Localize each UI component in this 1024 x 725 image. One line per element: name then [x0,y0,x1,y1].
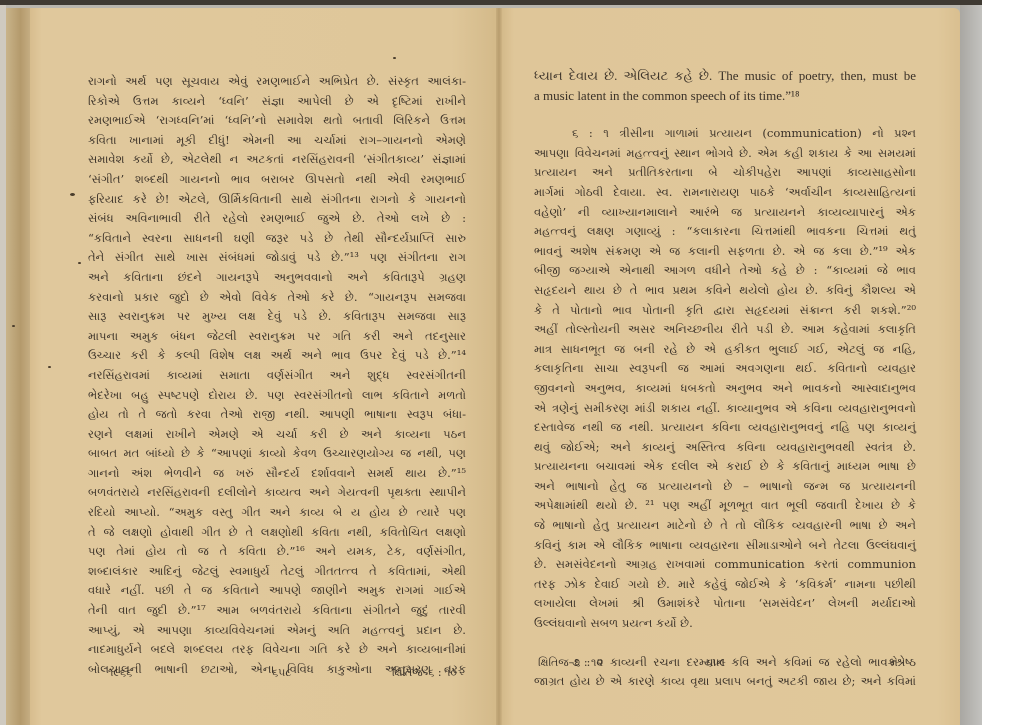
text-line: નાદમાધુર્યને બદલે શબ્દલય તરફ વિવેચના ગતિ… [88,640,466,660]
text-line: હોય તો તે જતો કરવા તેઓ રાજી નથી. આપણી ભા… [88,405,466,425]
text-line: બળવંતરાયે નરસિંહરાવની દલીલોને કાવ્યત્વ અ… [88,483,466,503]
text-line: ઉચ્ચાર કરી કે કલ્પી વિશેષ લક્ષ અર્થ અને … [88,346,466,366]
text-line: રણને લક્ષમાં રાખીને એમણે એ ચર્ચા કરી છે … [88,425,466,445]
text-line: રિકોએ ઉત્તમ કાવ્યને ‘ધ્વનિ’ સંજ્ઞા આપેલી… [88,92,466,112]
book-gutter [496,8,502,725]
left-footer-year: ૧૯૬૬ [108,666,132,680]
text-line: તેની વાત જુદી છે.”¹⁷ આમ બળવંતરાયે કવિતાન… [88,601,466,621]
paper-speck [393,57,396,59]
text-line: ભેદરેખા બહુ સ્પષ્ટપણે દોરાય છે. પણ સ્વરસ… [88,386,466,406]
right-footer-signature-mark: મે [890,656,898,670]
text-line: ફરિયાદ કરે છે! એટલે, ઊર્મિકવિતાની સાથે સ… [88,190,466,210]
paper-speck [78,262,81,264]
text-line: માર્ગમાં ગોઠવી દેવાયા. સ્વ. રામનારાયણ પા… [534,183,916,203]
paper-speck [48,366,51,368]
text-line: ભાવનું અશેષ સંક્રમણ એ જ કલાની સફળતા છે. … [534,242,916,262]
text-line: સારૂ સ્વરાનુક્રમ પર મુખ્ય લક્ષ દેવું પડે… [88,307,466,327]
text-line: કવિતા ખાનામાં મૂકી દીધું! એમની આ ચર્ચામા… [88,131,466,151]
text-line: ‘સંગીત’ શબ્દથી ગાયનનો ભાવ બરાબર ઊપસતો નથ… [88,170,466,190]
text-line: સંબંધ અવિનાભાવી રીતે રહેલો રમણભાઈ જુએ છે… [88,209,466,229]
text-line: અહીં તોલ્સ્તોયની અસર અનિચ્છનીય રીતે પડી … [534,320,916,340]
text-line: ધ્યાન દેવાય છે. એલિયટ કહે છે. The music … [534,66,916,86]
right-footer-page-number: ૬૫૯ [706,656,726,670]
text-line: જીવનનો અનુભવ, કાવ્યમાં ધબકતો અનુભવ અને ભ… [534,379,916,399]
scanner-right-shadow [960,5,982,725]
text-line: ગાનનો અંશ ભેળવીને જ ખરું સૌન્દર્ય દર્શાવ… [88,464,466,484]
left-page-text: રાગનો અર્થ પણ સૂચવાય એવું રમણભાઈને અભિપ્… [88,72,466,679]
text-line: રદિયો આપ્યો. “અમુક વસ્તુ ગીત અને કાવ્ય બ… [88,503,466,523]
text-line: કે તે પોતાનો ભાવ પોતાની કૃતિ દ્વારા સહૃદ… [534,301,916,321]
text-line: વહેણો’ ની વ્યાખ્યાનમાલાને આરંભે જ પ્રત્ય… [534,203,916,223]
text-line: ૬ : ૧ ત્રીસીના ગાળામાં પ્રત્યાયન (commun… [534,124,916,144]
text-line: “કવિતાને સ્વરના સાધનની ઘણી જરૂર પડે છે ત… [88,229,466,249]
text-line: સમાવેશ કર્યો છે, એટલેથી ન અટકતાં નરસિંહર… [88,150,466,170]
text-line: દસ્તાવેજ નથી જ નથી. પ્રત્યાયન કવિના વ્યવ… [534,418,916,438]
text-line: માપના અમુક બંધન જેટલી સ્વરાનુક્રમ પર ગતિ… [88,327,466,347]
right-page-text: ધ્યાન દેવાય છે. એલિયટ કહે છે. The music … [534,66,916,692]
text-line: જે ભાષાનો હેતુ પ્રત્યાયન માટેનો છે તે તો… [534,516,916,536]
book-cover-edge [6,8,30,725]
paper-speck [12,325,15,327]
text-line: થવું જોઈએ; અને કાવ્યનું અસ્તિત્વ કવિના વ… [534,438,916,458]
text-line: તરફ ઝોક દેવાઈ ગયો છે. મારે કહેવું જોઈએ ક… [534,575,916,595]
left-footer-page-number: ૬૫૮ [272,666,291,680]
text-line: પણ તેમાં હોય તો જ તે કવિતા છે.”¹⁶ અને યમ… [88,542,466,562]
text-line: a music latent in the common speech of i… [534,86,916,106]
text-line: નરસિંહરાવમાં કાવ્યમાં સમાતા વર્ણસંગીત અન… [88,366,466,386]
text-line: માત્ર સાધનભૂત જ બની રહે છે એ હકીકત ભુલાઈ… [534,340,916,360]
text-line: કલાકૃતિના સાચા સ્વરૂપની જ આમાં અવગણના થઈ… [534,359,916,379]
text-line: તે જે લક્ષણો હોવાથી ગીત છે તે લક્ષણોથી ક… [88,523,466,543]
text-line: સહૃદયને થાય છે તે ભાવ પ્રથમ કવિને થયેલો … [534,281,916,301]
text-line: રાગનો અર્થ પણ સૂચવાય એવું રમણભાઈને અભિપ્… [88,72,466,92]
text-line: પ્રત્યાયનના બચાવમાં એક દલીલ એ કરાઈ છે કે… [534,457,916,477]
text-line: કવિનું કામ એ લૌકિક ભાષાના વ્યવહારના સીમા… [534,536,916,556]
text-line: એ ત્રણેનું સમીકરણ માંડી શકાય નહીં. કાવ્ય… [534,399,916,419]
paper-speck [70,193,75,196]
text-line: અને ભાષાનો હેતુ જ પ્રત્યાયનનો છે – ભાષાન… [534,477,916,497]
text-line: મહત્ત્વનું લક્ષણ ગણાવ્યું : “કલાકારના ચિ… [534,222,916,242]
text-line: વધારે નહીં. પછી તે જ કવિતાને આપણે જાણીને… [88,581,466,601]
text-line: અને કવિતાના છંદને ગાયનરૂપે અનુભવવાનો અને… [88,268,466,288]
text-line: લખાયેલા લેખમાં શ્રી ઉમાશંકરે પોતાના ‘સમસ… [534,594,916,614]
text-line: કરવાનો પ્રકાર જુદો છે એવો વિવેક તેઓ કરે … [88,288,466,308]
text-line: જાગ્રત હોય છે એ કારણે કાવ્ય વૃથા પ્રલાપ … [534,672,916,692]
text-line: આપણા વિવેચનમાં મહત્ત્વનું સ્થાન ભોગવે છે… [534,144,916,164]
right-footer-journal: ક્ષિતિજ–૬ : ૧૦ [538,656,603,670]
scanner-top-edge [0,0,982,5]
left-footer-journal: ક્ષિતિજ–૬ : ૧૦ [392,666,457,680]
text-line: રમણભાઈએ ‘રાગધ્વનિ’માં ‘ધ્વનિ’નો સમાવેશ થ… [88,111,466,131]
text-line: છે. સમસંવેદનનો આગ્રહ રાખવામાં communicat… [534,555,916,575]
text-line: બાબત મત બાંધ્યો છે કે “આપણાં કાવ્યો કેવળ… [88,444,466,464]
text-line: પ્રત્યાયન અને પ્રતીતિકરતાના બે ચોકીપહેરા… [534,163,916,183]
text-line: અપેક્ષામાંથી થયો છે. ²¹ પણ અહીં મૂળભૂત વ… [534,496,916,516]
text-line: બીજી જગ્યાએ એનાથી આગળ વધીને તેઓ કહે છે :… [534,261,916,281]
text-line: આપ્યું, એ આપણા કાવ્યવિવેચનમાં એમનું અતિ … [88,621,466,641]
text-line: શબ્દાલંકાર આદિનું જેટલું સ્વમાધુર્ય તેટલ… [88,562,466,582]
text-line: ઉલ્લંઘવાનો સબળ પ્રયત્ન કર્યો છે. [534,614,916,634]
text-line: તેને સંગીત સાથે ખાસ સંબંધમાં જોડાવું પડે… [88,248,466,268]
